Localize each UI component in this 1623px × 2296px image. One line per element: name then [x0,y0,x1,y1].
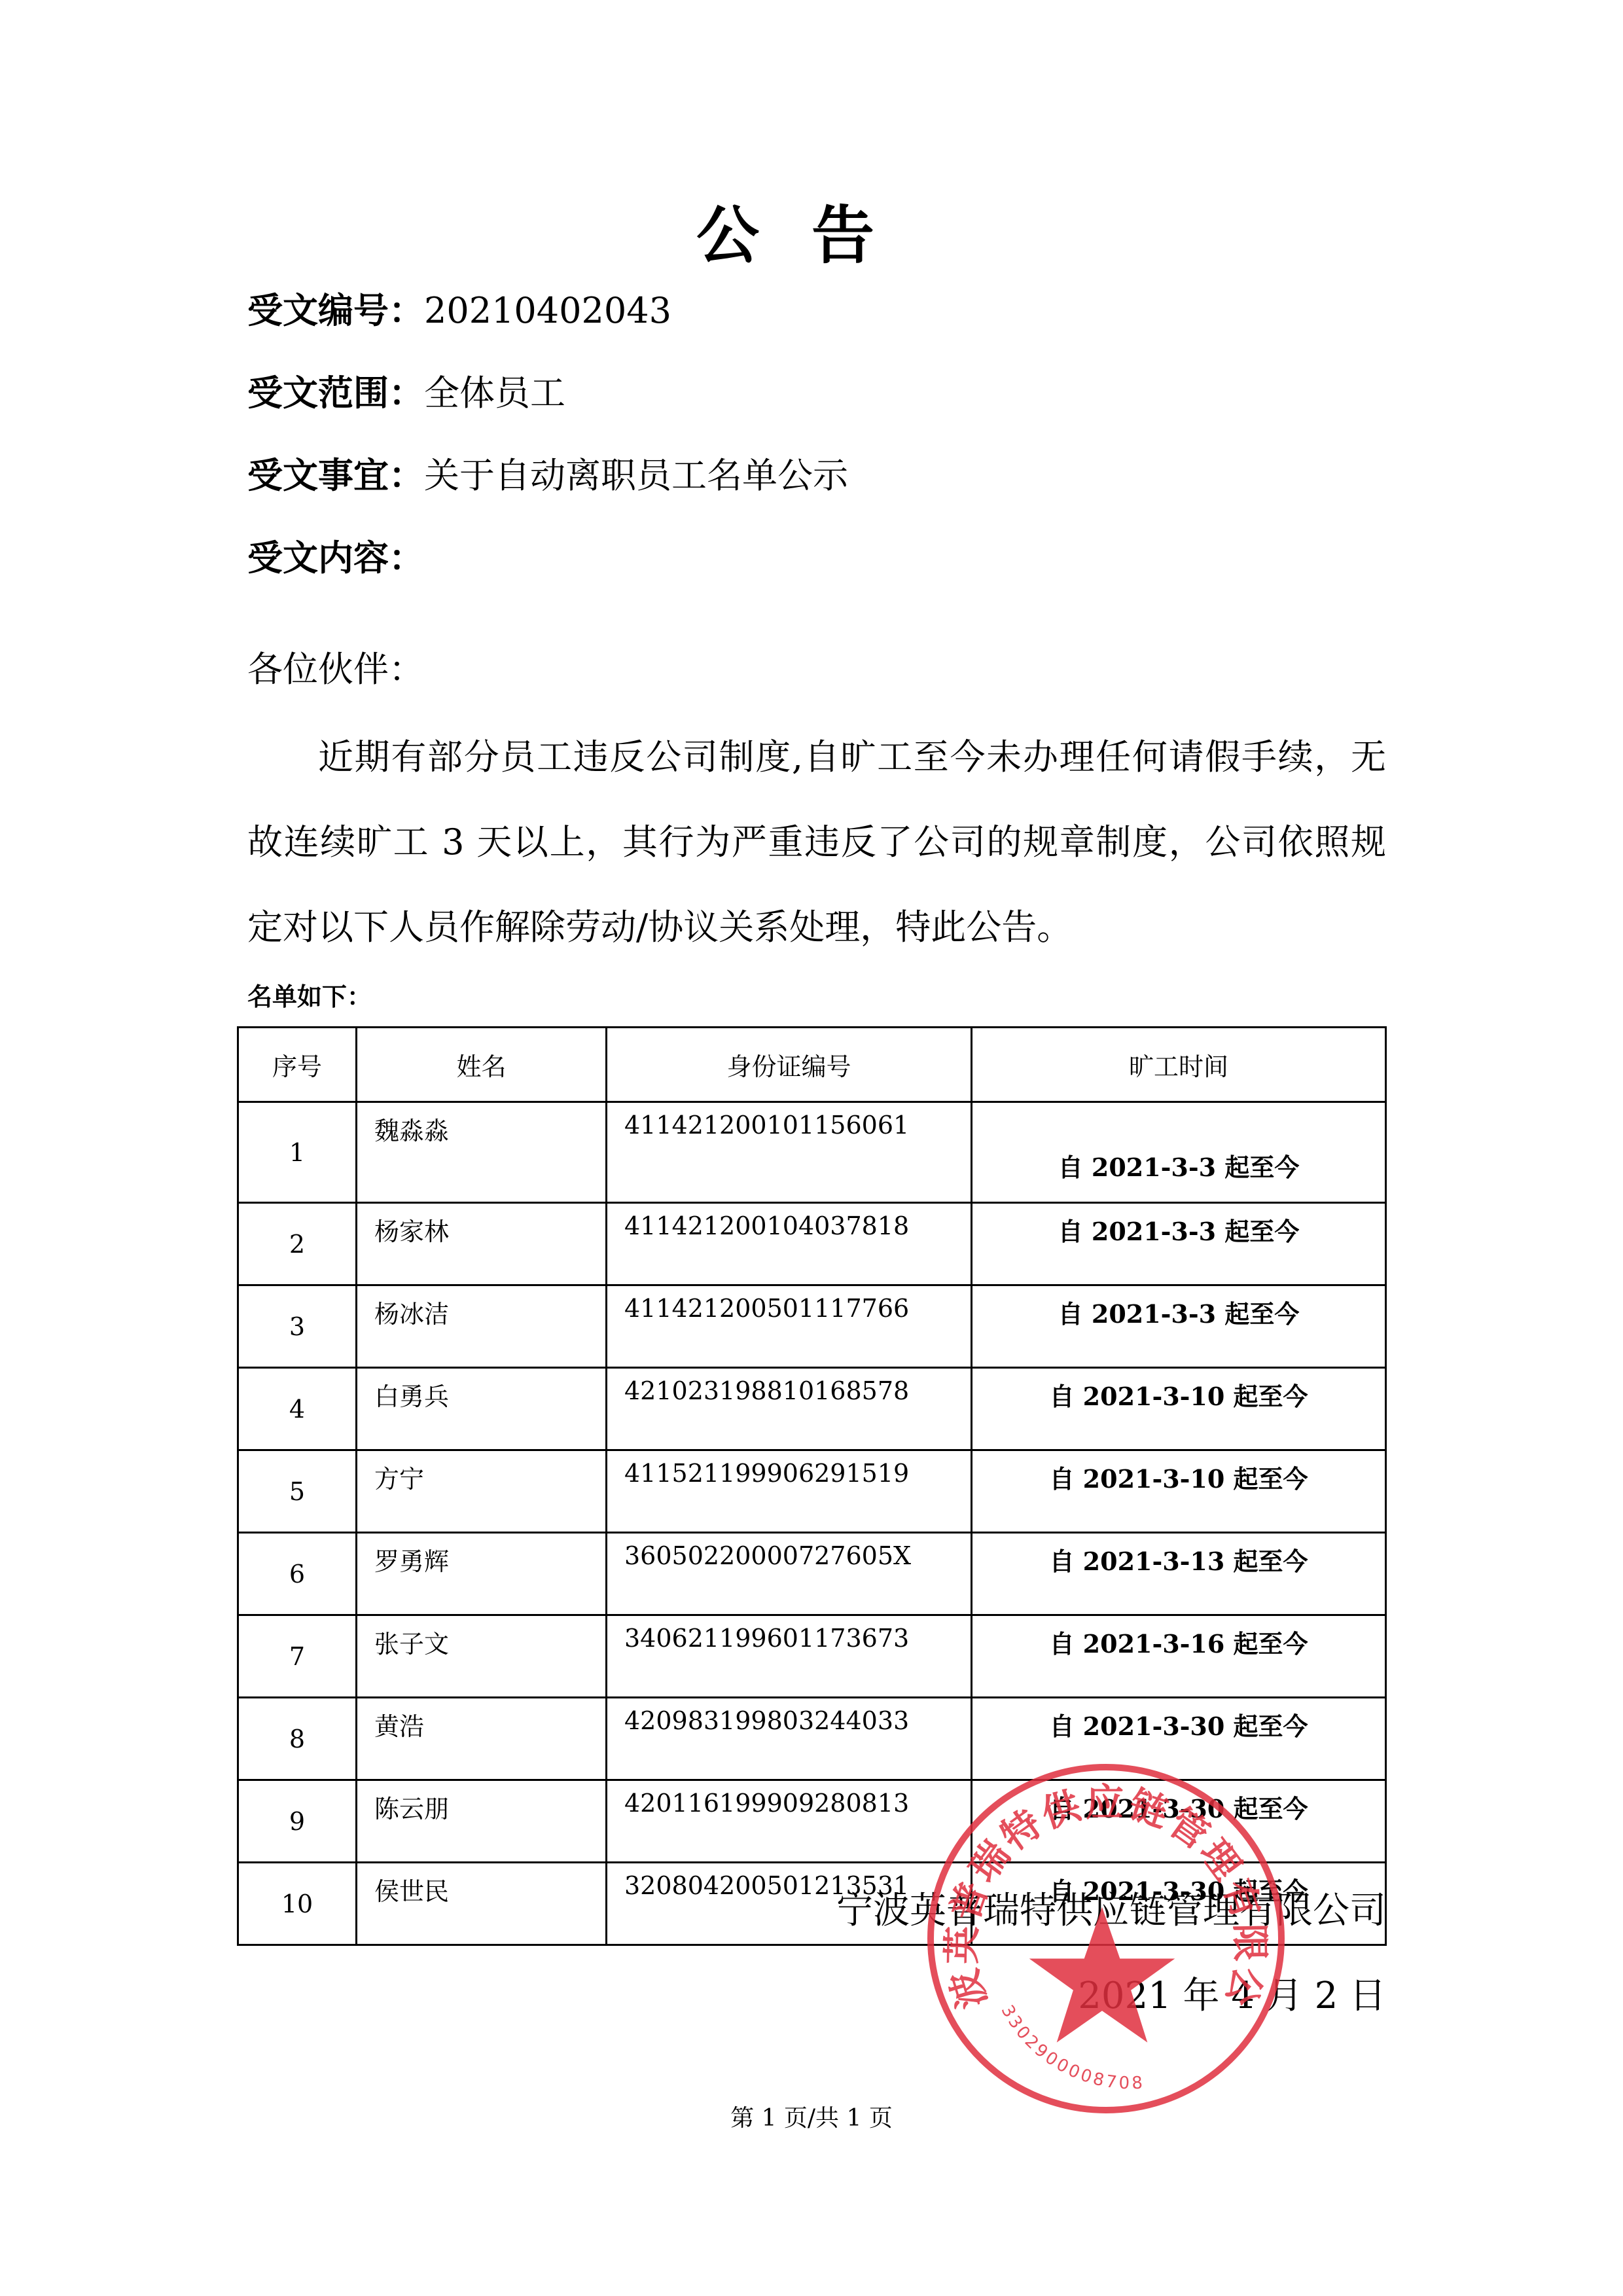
cell-time: 自 2021-3-3 起至今 [972,1203,1386,1285]
cell-time: 自 2021-3-30 起至今 [972,1698,1386,1780]
cell-time: 自 2021-3-30 起至今 [972,1780,1386,1863]
cell-name: 张子文 [357,1615,607,1698]
body-paragraph: 近期有部分员工违反公司制度,自旷工至今未办理任何请假手续，无故连续旷工 3 天以… [247,715,1386,970]
table-header-row: 序号 姓名 身份证编号 旷工时间 [238,1028,1386,1102]
field-doc-number: 受文编号：20210402043 [247,288,671,334]
field-value: 20210402043 [424,290,671,331]
header-id: 身份证编号 [607,1028,972,1102]
cell-name: 陈云朋 [357,1780,607,1863]
table-row: 5 方宁 411521199906291519 自 2021-3-10 起至今 [238,1450,1386,1533]
cell-name: 魏淼淼 [357,1102,607,1203]
field-value: 关于自动离职员工名单公示 [424,455,848,496]
cell-id: 421023198810168578 [607,1368,972,1450]
cell-id: 411421200104037818 [607,1203,972,1285]
signer-company: 宁波英普瑞特供应链管理有限公司 [836,1885,1386,1937]
salutation: 各位伙伴： [247,627,1386,712]
absentee-table: 序号 姓名 身份证编号 旷工时间 1 魏淼淼 41142120010115606… [237,1026,1387,1946]
cell-time: 自 2021-3-16 起至今 [972,1615,1386,1698]
table-row: 1 魏淼淼 411421200101156061 自 2021-3-3 起至今 [238,1102,1386,1203]
cell-no: 5 [238,1450,357,1533]
cell-no: 7 [238,1615,357,1698]
field-label: 受文内容： [247,537,424,579]
cell-no: 4 [238,1368,357,1450]
field-content: 受文内容： [247,535,424,581]
cell-name: 罗勇辉 [357,1533,607,1615]
cell-id: 411421200101156061 [607,1102,972,1203]
cell-name: 杨家林 [357,1203,607,1285]
cell-time: 自 2021-3-3 起至今 [972,1102,1386,1203]
cell-name: 杨冰洁 [357,1285,607,1368]
cell-id: 411421200501117766 [607,1285,972,1368]
table-row: 3 杨冰洁 411421200501117766 自 2021-3-3 起至今 [238,1285,1386,1368]
table-row: 9 陈云朋 420116199909280813 自 2021-3-30 起至今 [238,1780,1386,1863]
header-no: 序号 [238,1028,357,1102]
header-time: 旷工时间 [972,1028,1386,1102]
cell-no: 10 [238,1863,357,1945]
cell-name: 侯世民 [357,1863,607,1945]
cell-no: 3 [238,1285,357,1368]
field-label: 受文范围： [247,372,424,414]
cell-no: 6 [238,1533,357,1615]
field-label: 受文编号： [247,290,424,331]
cell-id: 36050220000727605X [607,1533,972,1615]
document-title: 公告 [0,196,1623,275]
field-scope: 受文范围：全体员工 [247,370,565,416]
cell-time: 自 2021-3-13 起至今 [972,1533,1386,1615]
cell-time: 自 2021-3-10 起至今 [972,1368,1386,1450]
cell-no: 9 [238,1780,357,1863]
field-subject: 受文事宜：关于自动离职员工名单公示 [247,453,848,499]
announcement-body: 近期有部分员工违反公司制度,自旷工至今未办理任何请假手续，无故连续旷工 3 天以… [247,715,1386,970]
cell-name: 黄浩 [357,1698,607,1780]
field-label: 受文事宜： [247,455,424,496]
cell-name: 方宁 [357,1450,607,1533]
table-row: 6 罗勇辉 36050220000727605X 自 2021-3-13 起至今 [238,1533,1386,1615]
table-row: 2 杨家林 411421200104037818 自 2021-3-3 起至今 [238,1203,1386,1285]
cell-name: 白勇兵 [357,1368,607,1450]
cell-time: 自 2021-3-10 起至今 [972,1450,1386,1533]
header-name: 姓名 [357,1028,607,1102]
table-row: 4 白勇兵 421023198810168578 自 2021-3-10 起至今 [238,1368,1386,1450]
cell-no: 8 [238,1698,357,1780]
page-footer: 第 1 页/共 1 页 [0,2100,1623,2133]
cell-id: 420116199909280813 [607,1780,972,1863]
cell-no: 1 [238,1102,357,1203]
signature-date: 2021 年 4 月 2 日 [1078,1970,1386,2022]
cell-id: 420983199803244033 [607,1698,972,1780]
table-row: 7 张子文 340621199601173673 自 2021-3-16 起至今 [238,1615,1386,1698]
field-value: 全体员工 [424,372,565,414]
list-label: 名单如下： [247,977,372,1013]
cell-time: 自 2021-3-3 起至今 [972,1285,1386,1368]
cell-id: 340621199601173673 [607,1615,972,1698]
cell-no: 2 [238,1203,357,1285]
cell-id: 411521199906291519 [607,1450,972,1533]
table-row: 8 黄浩 420983199803244033 自 2021-3-30 起至今 [238,1698,1386,1780]
salutation-text: 各位伙伴： [247,627,1386,712]
